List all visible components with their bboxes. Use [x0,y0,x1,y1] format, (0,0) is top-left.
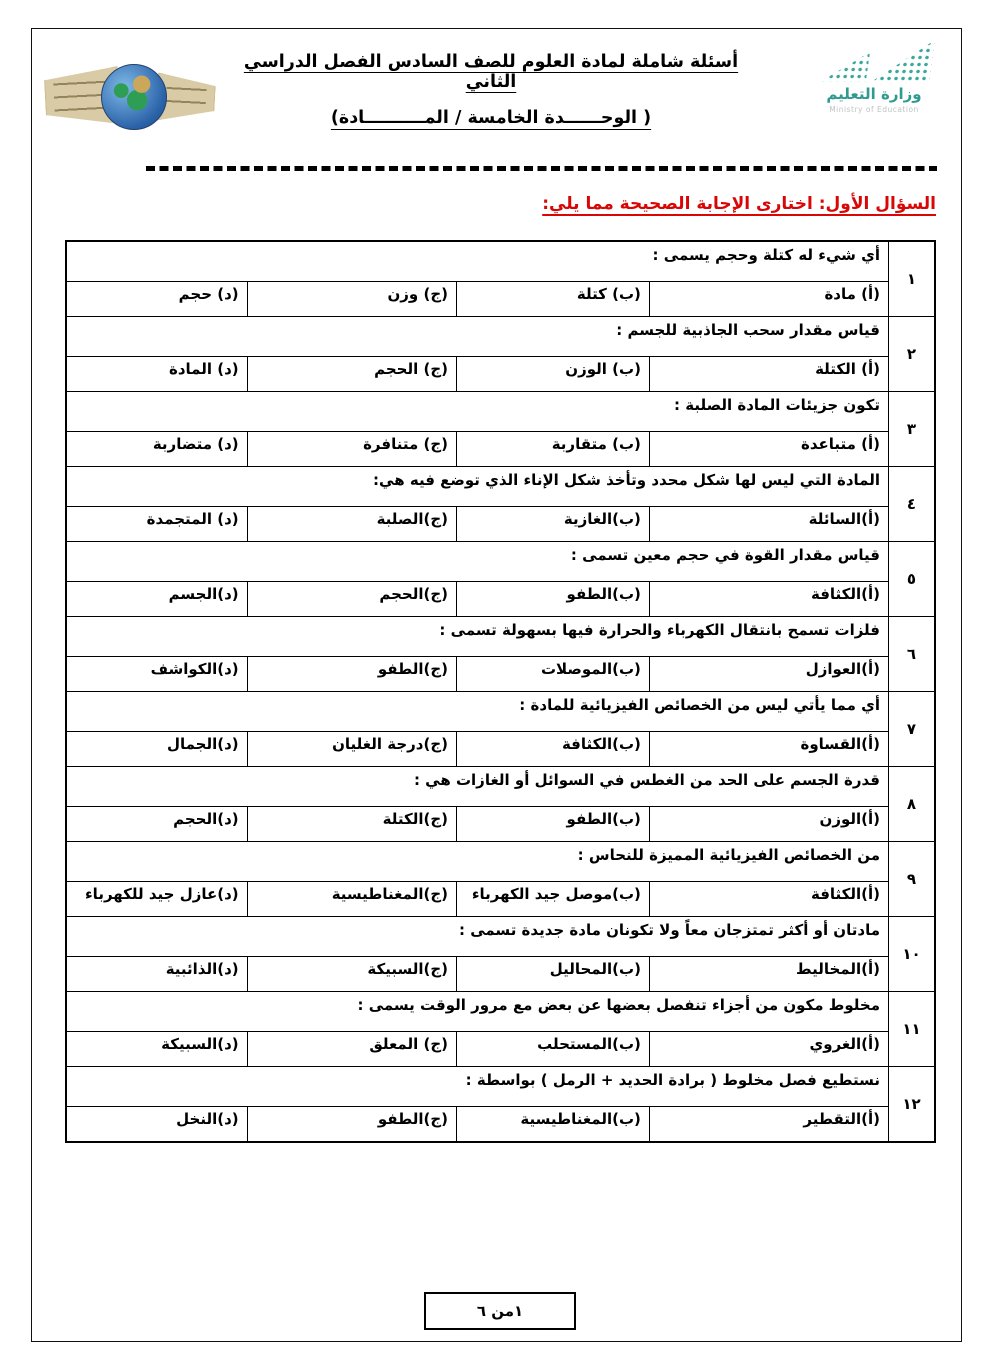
question-content: أي شيء له كتلة وحجم يسمى : (أ) مادة (ب) … [67,242,888,316]
question-text: تكون جزيئات المادة الصلبة : [67,392,888,432]
option-b: (ب)المحاليل [457,957,650,991]
option-c: (ج) وزن [248,282,457,316]
option-b: (ب)الطفو [457,582,650,616]
option-b: (ب) متقاربة [457,432,650,466]
option-c: (ج) الحجم [248,357,457,391]
question-number: ٧ [888,692,934,766]
option-d: (د)عازل جيد للكهرباء [67,882,248,916]
question-block: ٨ قدرة الجسم على الحد من الغطس في السوائ… [67,766,934,841]
option-d: (د)الكواشف [67,657,248,691]
quiz-table: ١ أي شيء له كتلة وحجم يسمى : (أ) مادة (ب… [65,240,936,1143]
page-indicator: ١من ٦ [477,1302,523,1320]
question-number: ٢ [888,317,934,391]
question-content: مخلوط مكون من أجزاء تنفصل بعضها عن بعض م… [67,992,888,1066]
question-number: ١٢ [888,1067,934,1141]
question-number: ١٠ [888,917,934,991]
question-block: ١١ مخلوط مكون من أجزاء تنفصل بعضها عن بع… [67,991,934,1066]
option-d: (د)النخل [67,1107,248,1141]
question-content: نستطيع فصل مخلوط ( برادة الحديد + الرمل … [67,1067,888,1141]
footer-page-box: ١من ٦ [424,1292,576,1330]
option-c: (ج)الحجم [248,582,457,616]
question-number: ٣ [888,392,934,466]
question-text: قياس مقدار سحب الجاذبية للجسم : [67,317,888,357]
question-number: ٥ [888,542,934,616]
option-d: (د)الجسم [67,582,248,616]
question-content: المادة التي ليس لها شكل محدد وتأخذ شكل ا… [67,467,888,541]
question-content: فلزات تسمح بانتقال الكهرباء والحرارة فيه… [67,617,888,691]
option-b: (ب)موصل جيد الكهرباء [457,882,650,916]
question-number: ٦ [888,617,934,691]
option-a: (أ) الكتلة [650,357,888,391]
option-d: (د) المادة [67,357,248,391]
option-c: (ج) المعلق [248,1032,457,1066]
option-c: (ج)الطفو [248,657,457,691]
question-number: ١١ [888,992,934,1066]
question-block: ٧ أي مما يأتي ليس من الخصائص الفيزيائية … [67,691,934,766]
option-d: (د) المتجمدة [67,507,248,541]
option-a: (أ)القساوة [650,732,888,766]
option-d: (د) حجم [67,282,248,316]
option-c: (ج)الصلبة [248,507,457,541]
option-a: (أ)العوازل [650,657,888,691]
question-text: مادتان أو أكثر تمتزجان معاً ولا تكونان م… [67,917,888,957]
question-content: تكون جزيئات المادة الصلبة : (أ) متباعدة … [67,392,888,466]
dashed-divider [146,166,937,171]
question-content: قدرة الجسم على الحد من الغطس في السوائل … [67,767,888,841]
question-block: ٤ المادة التي ليس لها شكل محدد وتأخذ شكل… [67,466,934,541]
question-block: ١ أي شيء له كتلة وحجم يسمى : (أ) مادة (ب… [67,242,934,316]
school-logo-right-text [165,83,206,113]
question-number: ٨ [888,767,934,841]
option-b: (ب)الطفو [457,807,650,841]
question-block: ٢ قياس مقدار سحب الجاذبية للجسم : (أ) ال… [67,316,934,391]
moe-dots-right [871,40,935,82]
question-number: ١ [888,242,934,316]
question-text: قدرة الجسم على الحد من الغطس في السوائل … [67,767,888,807]
document-title: أسئلة شاملة لمادة العلوم للصف السادس الف… [225,52,757,92]
option-c: (ج)الكتلة [248,807,457,841]
option-c: (ج)المغناطيسية [248,882,457,916]
option-b: (ب) كتلة [457,282,650,316]
option-b: (ب)الغازية [457,507,650,541]
question-block: ١٠ مادتان أو أكثر تمتزجان معاً ولا تكونا… [67,916,934,991]
question-content: أي مما يأتي ليس من الخصائص الفيزيائية لل… [67,692,888,766]
question-text: فلزات تسمح بانتقال الكهرباء والحرارة فيه… [67,617,888,657]
option-d: (د)السبيكة [67,1032,248,1066]
document-titles: أسئلة شاملة لمادة العلوم للصف السادس الف… [225,52,757,128]
option-d: (د)الجمال [67,732,248,766]
question-text: من الخصائص الفيزيائية المميزة للنحاس : [67,842,888,882]
options-row: (أ)الكثافة (ب)موصل جيد الكهرباء (ج)المغن… [67,882,888,916]
option-a: (أ)الكثافة [650,582,888,616]
option-d: (د)الحجم [67,807,248,841]
question-block: ٦ فلزات تسمح بانتقال الكهرباء والحرارة ف… [67,616,934,691]
option-b: (ب)الكثافة [457,732,650,766]
question-block: ٩ من الخصائص الفيزيائية المميزة للنحاس :… [67,841,934,916]
question-block: ٥ قياس مقدار القوة في حجم معين تسمى : (أ… [67,541,934,616]
question-content: قياس مقدار القوة في حجم معين تسمى : (أ)ا… [67,542,888,616]
options-row: (أ)الكثافة (ب)الطفو (ج)الحجم (د)الجسم [67,582,888,616]
options-row: (أ) الكتلة (ب) الوزن (ج) الحجم (د) الماد… [67,357,888,391]
question-block: ١٢ نستطيع فصل مخلوط ( برادة الحديد + الر… [67,1066,934,1141]
option-c: (ج) متنافرة [248,432,457,466]
ministry-of-education-logo: وزارة التعليم Ministry of Education [794,40,954,132]
options-row: (أ)السائلة (ب)الغازية (ج)الصلبة (د) المت… [67,507,888,541]
question-content: قياس مقدار سحب الجاذبية للجسم : (أ) الكت… [67,317,888,391]
options-row: (أ)التقطير (ب)المغناطيسية (ج)الطفو (د)ال… [67,1107,888,1141]
option-a: (أ)السائلة [650,507,888,541]
option-d: (د)الذائبية [67,957,248,991]
moe-name-arabic: وزارة التعليم [826,85,921,103]
options-row: (أ)المخاليط (ب)المحاليل (ج)السبيكة (د)ال… [67,957,888,991]
question-text: قياس مقدار القوة في حجم معين تسمى : [67,542,888,582]
option-b: (ب)المغناطيسية [457,1107,650,1141]
moe-dots-left [820,52,870,82]
option-a: (أ)المخاليط [650,957,888,991]
option-a: (أ)الوزن [650,807,888,841]
question-text: أي مما يأتي ليس من الخصائص الفيزيائية لل… [67,692,888,732]
option-d: (د) متضاربة [67,432,248,466]
options-row: (أ) مادة (ب) كتلة (ج) وزن (د) حجم [67,282,888,316]
question-content: من الخصائص الفيزيائية المميزة للنحاس : (… [67,842,888,916]
option-a: (أ)التقطير [650,1107,888,1141]
school-logo [45,58,217,144]
option-c: (ج)الطفو [248,1107,457,1141]
option-b: (ب) الوزن [457,357,650,391]
exam-page: وزارة التعليم Ministry of Education أسئل… [0,0,992,1370]
question-number: ٩ [888,842,934,916]
question-block: ٣ تكون جزيئات المادة الصلبة : (أ) متباعد… [67,391,934,466]
globe-icon [101,64,167,130]
option-a: (أ) متباعدة [650,432,888,466]
option-c: (ج)السبيكة [248,957,457,991]
option-a: (أ) مادة [650,282,888,316]
options-row: (أ)الوزن (ب)الطفو (ج)الكتلة (د)الحجم [67,807,888,841]
unit-subtitle: ( الوحــــــدة الخامسة / المــــــــــاد… [225,108,757,128]
question-number: ٤ [888,467,934,541]
option-a: (أ)الغروي [650,1032,888,1066]
option-c: (ج)درجة الغليان [248,732,457,766]
options-row: (أ)العوازل (ب)الموصلات (ج)الطفو (د)الكوا… [67,657,888,691]
moe-dotted-palm-icon [816,40,932,82]
question-content: مادتان أو أكثر تمتزجان معاً ولا تكونان م… [67,917,888,991]
question-text: أي شيء له كتلة وحجم يسمى : [67,242,888,282]
option-b: (ب)المستحلب [457,1032,650,1066]
question-text: مخلوط مكون من أجزاء تنفصل بعضها عن بعض م… [67,992,888,1032]
options-row: (أ)الغروي (ب)المستحلب (ج) المعلق (د)السب… [67,1032,888,1066]
question-text: نستطيع فصل مخلوط ( برادة الحديد + الرمل … [67,1067,888,1107]
section-heading: السؤال الأول: اختارى الإجابة الصحيحة مما… [542,194,936,214]
option-b: (ب)الموصلات [457,657,650,691]
option-a: (أ)الكثافة [650,882,888,916]
options-row: (أ) متباعدة (ب) متقاربة (ج) متنافرة (د) … [67,432,888,466]
question-text: المادة التي ليس لها شكل محدد وتأخذ شكل ا… [67,467,888,507]
moe-name-english: Ministry of Education [829,105,919,114]
options-row: (أ)القساوة (ب)الكثافة (ج)درجة الغليان (د… [67,732,888,766]
